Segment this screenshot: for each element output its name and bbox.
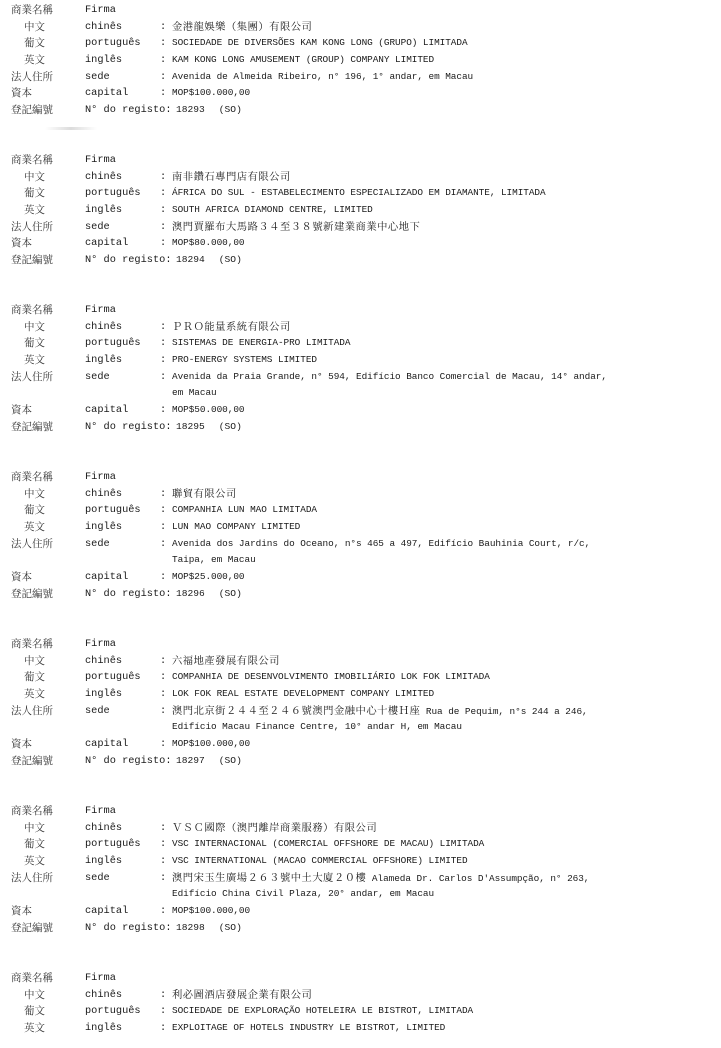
registration-suffix: (SO) bbox=[219, 421, 242, 432]
portugues-pt-label: português bbox=[85, 502, 141, 519]
colon: : bbox=[160, 319, 166, 336]
portugues-row: 葡文 português : COMPANHIA DE DESENVOLVIME… bbox=[0, 669, 721, 686]
sede-zh-label: 法人住所 bbox=[11, 870, 53, 887]
sede-row: 法人住所 sede : 澳門北京街２４４至２４６號澳門金融中心十樓Ｈ座 Rua … bbox=[0, 703, 721, 720]
portugues-pt-label: português bbox=[85, 185, 141, 202]
chines-pt-label: chinês bbox=[85, 486, 122, 503]
chines-zh-label: 中文 bbox=[24, 820, 45, 837]
ingles-row: 英文 inglês : LUN MAO COMPANY LIMITED bbox=[0, 519, 721, 536]
colon: : bbox=[160, 502, 166, 519]
registered-address-line2: Edifício Macau Finance Centre, 10° andar… bbox=[172, 719, 462, 736]
portugues-row: 葡文 português : COMPANHIA LUN MAO LIMITAD… bbox=[0, 502, 721, 519]
registo-row: 登記編號 N° do registo: 18297(SO) bbox=[0, 753, 721, 770]
colon: : bbox=[160, 402, 166, 419]
registration-suffix: (SO) bbox=[219, 104, 242, 115]
ingles-row: 英文 inglês : KAM KONG LONG AMUSEMENT (GRO… bbox=[0, 52, 721, 69]
colon: : bbox=[160, 536, 166, 553]
ingles-pt-label: inglês bbox=[85, 352, 122, 369]
chines-row: 中文 chinês : 利必圖酒店發展企業有限公司 bbox=[0, 987, 721, 1004]
portuguese-name: SISTEMAS DE ENERGIA-PRO LIMITADA bbox=[172, 335, 350, 352]
portugues-zh-label: 葡文 bbox=[24, 502, 45, 519]
registo-zh-label: 登記編號 bbox=[11, 419, 53, 436]
chinese-name: ＰＲＯ能量系統有限公司 bbox=[172, 319, 291, 336]
chinese-name: 聯貿有限公司 bbox=[172, 486, 237, 503]
sede-continuation-row: Taipa, em Macau bbox=[0, 552, 721, 569]
portugues-row: 葡文 português : ÁFRICA DO SUL - ESTABELEC… bbox=[0, 185, 721, 202]
firma-pt-label: Firma bbox=[85, 970, 116, 987]
portugues-pt-label: português bbox=[85, 35, 141, 52]
registo-zh-label: 登記編號 bbox=[11, 920, 53, 937]
registo-row: 登記編號 N° do registo: 18295(SO) bbox=[0, 419, 721, 436]
firma-zh-label: 商業名稱 bbox=[11, 803, 53, 820]
chines-pt-label: chinês bbox=[85, 653, 122, 670]
colon: : bbox=[160, 352, 166, 369]
chines-row: 中文 chinês : 聯貿有限公司 bbox=[0, 486, 721, 503]
chinese-name: 金港龍娛樂（集團）有限公司 bbox=[172, 19, 312, 36]
sede-pt-label: sede bbox=[85, 536, 110, 553]
chines-zh-label: 中文 bbox=[24, 169, 45, 186]
registration-number-value: 18294 bbox=[176, 254, 205, 265]
firma-zh-label: 商業名稱 bbox=[11, 2, 53, 19]
portugues-zh-label: 葡文 bbox=[24, 669, 45, 686]
registration-suffix: (SO) bbox=[219, 755, 242, 766]
registered-address-line2: Taipa, em Macau bbox=[172, 552, 256, 569]
ingles-pt-label: inglês bbox=[85, 853, 122, 870]
firma-pt-label: Firma bbox=[85, 636, 116, 653]
ingles-zh-label: 英文 bbox=[24, 686, 45, 703]
colon: : bbox=[160, 653, 166, 670]
portugues-zh-label: 葡文 bbox=[24, 335, 45, 352]
colon: : bbox=[160, 219, 166, 236]
registo-zh-label: 登記編號 bbox=[11, 753, 53, 770]
ingles-zh-label: 英文 bbox=[24, 519, 45, 536]
colon: : bbox=[160, 69, 166, 86]
colon: : bbox=[160, 736, 166, 753]
firma-zh-label: 商業名稱 bbox=[11, 469, 53, 486]
ingles-zh-label: 英文 bbox=[24, 853, 45, 870]
registo-zh-label: 登記編號 bbox=[11, 586, 53, 603]
capital-pt-label: capital bbox=[85, 402, 128, 419]
ingles-row: 英文 inglês : SOUTH AFRICA DIAMOND CENTRE,… bbox=[0, 202, 721, 219]
colon: : bbox=[160, 52, 166, 69]
chines-zh-label: 中文 bbox=[24, 19, 45, 36]
company-entry-18297: 商業名稱 Firma 中文 chinês : 六福地產發展有限公司 葡文 por… bbox=[0, 636, 721, 770]
capital-amount: MOP$25.000,00 bbox=[172, 569, 245, 586]
registration-number: 18294(SO) bbox=[176, 252, 242, 269]
colon: : bbox=[160, 169, 166, 186]
colon: : bbox=[160, 853, 166, 870]
capital-zh-label: 資本 bbox=[11, 736, 32, 753]
colon: : bbox=[160, 335, 166, 352]
english-name: SOUTH AFRICA DIAMOND CENTRE, LIMITED bbox=[172, 202, 373, 219]
registration-number-value: 18296 bbox=[176, 588, 205, 599]
capital-row: 資本 capital : MOP$25.000,00 bbox=[0, 569, 721, 586]
address-portuguese-part: Alameda Dr. Carlos D'Assumpção, n° 263, bbox=[366, 873, 589, 884]
capital-amount: MOP$50.000,00 bbox=[172, 402, 245, 419]
portugues-pt-label: português bbox=[85, 669, 141, 686]
capital-row: 資本 capital : MOP$100.000,00 bbox=[0, 85, 721, 102]
registo-row: 登記編號 N° do registo: 18293(SO) bbox=[0, 102, 721, 119]
sede-zh-label: 法人住所 bbox=[11, 703, 53, 720]
firma-row: 商業名稱 Firma bbox=[0, 2, 721, 19]
colon: : bbox=[160, 235, 166, 252]
ingles-zh-label: 英文 bbox=[24, 52, 45, 69]
chines-row: 中文 chinês : ＶＳＣ國際（澳門離岸商業服務）有限公司 bbox=[0, 820, 721, 837]
portugues-pt-label: português bbox=[85, 836, 141, 853]
capital-zh-label: 資本 bbox=[11, 85, 32, 102]
firma-zh-label: 商業名稱 bbox=[11, 152, 53, 169]
portugues-row: 葡文 português : VSC INTERNACIONAL (COMERC… bbox=[0, 836, 721, 853]
ingles-pt-label: inglês bbox=[85, 686, 122, 703]
registration-number-value: 18293 bbox=[176, 104, 205, 115]
firma-zh-label: 商業名稱 bbox=[11, 970, 53, 987]
registo-pt-label: N° do registo: bbox=[85, 753, 172, 770]
address-portuguese-part: Rua de Pequim, n°s 244 a 246, bbox=[420, 706, 587, 717]
registration-suffix: (SO) bbox=[219, 922, 242, 933]
sede-zh-label: 法人住所 bbox=[11, 536, 53, 553]
registration-number: 18298(SO) bbox=[176, 920, 242, 937]
portugues-row: 葡文 português : SISTEMAS DE ENERGIA-PRO L… bbox=[0, 335, 721, 352]
portugues-row: 葡文 português : SOCIEDADE DE EXPLORAÇÃO H… bbox=[0, 1003, 721, 1020]
company-entry-18298: 商業名稱 Firma 中文 chinês : ＶＳＣ國際（澳門離岸商業服務）有限… bbox=[0, 803, 721, 937]
firma-row: 商業名稱 Firma bbox=[0, 636, 721, 653]
chines-row: 中文 chinês : 六福地產發展有限公司 bbox=[0, 653, 721, 670]
sede-pt-label: sede bbox=[85, 69, 110, 86]
capital-pt-label: capital bbox=[85, 235, 128, 252]
firma-pt-label: Firma bbox=[85, 302, 116, 319]
capital-pt-label: capital bbox=[85, 85, 128, 102]
ingles-zh-label: 英文 bbox=[24, 352, 45, 369]
ingles-row: 英文 inglês : LOK FOK REAL ESTATE DEVELOPM… bbox=[0, 686, 721, 703]
chines-zh-label: 中文 bbox=[24, 987, 45, 1004]
portuguese-name: VSC INTERNACIONAL (COMERCIAL OFFSHORE DE… bbox=[172, 836, 484, 853]
capital-amount: MOP$80.000,00 bbox=[172, 235, 245, 252]
firma-pt-label: Firma bbox=[85, 2, 116, 19]
colon: : bbox=[160, 820, 166, 837]
company-entry-partial: 商業名稱 Firma 中文 chinês : 利必圖酒店發展企業有限公司 葡文 … bbox=[0, 970, 721, 1037]
registration-number-value: 18298 bbox=[176, 922, 205, 933]
ingles-pt-label: inglês bbox=[85, 52, 122, 69]
ingles-row: 英文 inglês : EXPLOITAGE OF HOTELS INDUSTR… bbox=[0, 1020, 721, 1037]
registo-pt-label: N° do registo: bbox=[85, 586, 172, 603]
capital-amount: MOP$100.000,00 bbox=[172, 903, 250, 920]
chines-row: 中文 chinês : 南非鑽石專門店有限公司 bbox=[0, 169, 721, 186]
firma-zh-label: 商業名稱 bbox=[11, 636, 53, 653]
colon: : bbox=[160, 85, 166, 102]
colon: : bbox=[160, 202, 166, 219]
english-name: LUN MAO COMPANY LIMITED bbox=[172, 519, 300, 536]
colon: : bbox=[160, 870, 166, 887]
chines-pt-label: chinês bbox=[85, 319, 122, 336]
ingles-pt-label: inglês bbox=[85, 202, 122, 219]
chinese-name: 利必圖酒店發展企業有限公司 bbox=[172, 987, 312, 1004]
registration-number-value: 18295 bbox=[176, 421, 205, 432]
firma-pt-label: Firma bbox=[85, 803, 116, 820]
registo-zh-label: 登記編號 bbox=[11, 102, 53, 119]
colon: : bbox=[160, 987, 166, 1004]
chines-pt-label: chinês bbox=[85, 987, 122, 1004]
capital-zh-label: 資本 bbox=[11, 402, 32, 419]
chinese-name: 六福地產發展有限公司 bbox=[172, 653, 280, 670]
registo-pt-label: N° do registo: bbox=[85, 920, 172, 937]
firma-row: 商業名稱 Firma bbox=[0, 152, 721, 169]
address-chinese-part: 澳門宋玉生廣場２６３號中土大廈２０樓 bbox=[172, 872, 366, 884]
english-name: LOK FOK REAL ESTATE DEVELOPMENT COMPANY … bbox=[172, 686, 434, 703]
capital-row: 資本 capital : MOP$80.000,00 bbox=[0, 235, 721, 252]
portugues-zh-label: 葡文 bbox=[24, 1003, 45, 1020]
firma-pt-label: Firma bbox=[85, 152, 116, 169]
ingles-pt-label: inglês bbox=[85, 519, 122, 536]
sede-zh-label: 法人住所 bbox=[11, 69, 53, 86]
capital-row: 資本 capital : MOP$50.000,00 bbox=[0, 402, 721, 419]
colon: : bbox=[160, 1003, 166, 1020]
colon: : bbox=[160, 519, 166, 536]
registo-row: 登記編號 N° do registo: 18298(SO) bbox=[0, 920, 721, 937]
portugues-zh-label: 葡文 bbox=[24, 35, 45, 52]
colon: : bbox=[160, 1020, 166, 1037]
chines-row: 中文 chinês : ＰＲＯ能量系統有限公司 bbox=[0, 319, 721, 336]
ingles-zh-label: 英文 bbox=[24, 1020, 45, 1037]
sede-pt-label: sede bbox=[85, 870, 110, 887]
sede-continuation-row: Edifício Macau Finance Centre, 10° andar… bbox=[0, 719, 721, 736]
company-entry-18295: 商業名稱 Firma 中文 chinês : ＰＲＯ能量系統有限公司 葡文 po… bbox=[0, 302, 721, 436]
firma-row: 商業名稱 Firma bbox=[0, 302, 721, 319]
company-entry-18294: 商業名稱 Firma 中文 chinês : 南非鑽石專門店有限公司 葡文 po… bbox=[0, 152, 721, 269]
sede-pt-label: sede bbox=[85, 703, 110, 720]
colon: : bbox=[160, 569, 166, 586]
registered-address-line1: Avenida dos Jardins do Oceano, n°s 465 a… bbox=[172, 536, 590, 553]
registered-address-line2: em Macau bbox=[172, 385, 217, 402]
firma-row: 商業名稱 Firma bbox=[0, 803, 721, 820]
chines-zh-label: 中文 bbox=[24, 653, 45, 670]
registration-number: 18297(SO) bbox=[176, 753, 242, 770]
chines-pt-label: chinês bbox=[85, 19, 122, 36]
sede-pt-label: sede bbox=[85, 219, 110, 236]
english-name: EXPLOITAGE OF HOTELS INDUSTRY LE BISTROT… bbox=[172, 1020, 445, 1037]
firma-pt-label: Firma bbox=[85, 469, 116, 486]
registered-address: Avenida de Almeida Ribeiro, n° 196, 1° a… bbox=[172, 69, 473, 86]
colon: : bbox=[160, 486, 166, 503]
portuguese-name: COMPANHIA DE DESENVOLVIMENTO IMOBILIÁRIO… bbox=[172, 669, 490, 686]
ingles-pt-label: inglês bbox=[85, 1020, 122, 1037]
colon: : bbox=[160, 836, 166, 853]
capital-zh-label: 資本 bbox=[11, 235, 32, 252]
colon: : bbox=[160, 185, 166, 202]
colon: : bbox=[160, 669, 166, 686]
portugues-row: 葡文 português : SOCIEDADE DE DIVERSÕES KA… bbox=[0, 35, 721, 52]
capital-amount: MOP$100.000,00 bbox=[172, 85, 250, 102]
chines-zh-label: 中文 bbox=[24, 486, 45, 503]
colon: : bbox=[160, 686, 166, 703]
sede-zh-label: 法人住所 bbox=[11, 369, 53, 386]
registration-suffix: (SO) bbox=[219, 254, 242, 265]
sede-row: 法人住所 sede : Avenida de Almeida Ribeiro, … bbox=[0, 69, 721, 86]
capital-amount: MOP$100.000,00 bbox=[172, 736, 250, 753]
ingles-zh-label: 英文 bbox=[24, 202, 45, 219]
registo-row: 登記編號 N° do registo: 18294(SO) bbox=[0, 252, 721, 269]
sede-row: 法人住所 sede : Avenida dos Jardins do Ocean… bbox=[0, 536, 721, 553]
sede-continuation-row: Edifício China Civil Plaza, 20° andar, e… bbox=[0, 886, 721, 903]
registered-address: 澳門賈羅布大馬路３４至３８號新建業商業中心地下 bbox=[172, 219, 420, 236]
capital-pt-label: capital bbox=[85, 569, 128, 586]
registration-number-value: 18297 bbox=[176, 755, 205, 766]
portugues-zh-label: 葡文 bbox=[24, 185, 45, 202]
portugues-zh-label: 葡文 bbox=[24, 836, 45, 853]
portuguese-name: COMPANHIA LUN MAO LIMITADA bbox=[172, 502, 317, 519]
sede-row: 法人住所 sede : 澳門賈羅布大馬路３４至３８號新建業商業中心地下 bbox=[0, 219, 721, 236]
capital-row: 資本 capital : MOP$100.000,00 bbox=[0, 903, 721, 920]
chines-pt-label: chinês bbox=[85, 169, 122, 186]
colon: : bbox=[160, 35, 166, 52]
colon: : bbox=[160, 903, 166, 920]
english-name: VSC INTERNATIONAL (MACAO COMMERCIAL OFFS… bbox=[172, 853, 468, 870]
chines-zh-label: 中文 bbox=[24, 319, 45, 336]
company-entry-18293: 商業名稱 Firma 中文 chinês : 金港龍娛樂（集團）有限公司 葡文 … bbox=[0, 2, 721, 119]
registo-pt-label: N° do registo: bbox=[85, 419, 172, 436]
registry-page: 商業名稱 Firma 中文 chinês : 金港龍娛樂（集團）有限公司 葡文 … bbox=[0, 0, 721, 1048]
registered-address-line1: Avenida da Praia Grande, n° 594, Edifíci… bbox=[172, 369, 607, 386]
sede-pt-label: sede bbox=[85, 369, 110, 386]
capital-zh-label: 資本 bbox=[11, 903, 32, 920]
sede-row: 法人住所 sede : 澳門宋玉生廣場２６３號中土大廈２０樓 Alameda D… bbox=[0, 870, 721, 887]
english-name: PRO-ENERGY SYSTEMS LIMITED bbox=[172, 352, 317, 369]
capital-zh-label: 資本 bbox=[11, 569, 32, 586]
registo-zh-label: 登記編號 bbox=[11, 252, 53, 269]
sede-zh-label: 法人住所 bbox=[11, 219, 53, 236]
registered-address-line1: 澳門北京街２４４至２４６號澳門金融中心十樓Ｈ座 Rua de Pequim, n… bbox=[172, 703, 588, 721]
colon: : bbox=[160, 703, 166, 720]
colon: : bbox=[160, 369, 166, 386]
registration-number: 18296(SO) bbox=[176, 586, 242, 603]
capital-pt-label: capital bbox=[85, 903, 128, 920]
colon: : bbox=[160, 19, 166, 36]
registered-address-line2: Edifício China Civil Plaza, 20° andar, e… bbox=[172, 886, 434, 903]
portugues-pt-label: português bbox=[85, 1003, 141, 1020]
scan-smudge bbox=[45, 127, 97, 130]
company-entry-18296: 商業名稱 Firma 中文 chinês : 聯貿有限公司 葡文 portugu… bbox=[0, 469, 721, 603]
firma-zh-label: 商業名稱 bbox=[11, 302, 53, 319]
chinese-name: ＶＳＣ國際（澳門離岸商業服務）有限公司 bbox=[172, 820, 377, 837]
registo-pt-label: N° do registo: bbox=[85, 102, 172, 119]
portuguese-name: ÁFRICA DO SUL - ESTABELECIMENTO ESPECIAL… bbox=[172, 185, 546, 202]
chines-pt-label: chinês bbox=[85, 820, 122, 837]
firma-row: 商業名稱 Firma bbox=[0, 469, 721, 486]
sede-continuation-row: em Macau bbox=[0, 385, 721, 402]
registration-number: 18293(SO) bbox=[176, 102, 242, 119]
sede-row: 法人住所 sede : Avenida da Praia Grande, n° … bbox=[0, 369, 721, 386]
portugues-pt-label: português bbox=[85, 335, 141, 352]
registo-row: 登記編號 N° do registo: 18296(SO) bbox=[0, 586, 721, 603]
registo-pt-label: N° do registo: bbox=[85, 252, 172, 269]
capital-row: 資本 capital : MOP$100.000,00 bbox=[0, 736, 721, 753]
capital-pt-label: capital bbox=[85, 736, 128, 753]
ingles-row: 英文 inglês : PRO-ENERGY SYSTEMS LIMITED bbox=[0, 352, 721, 369]
ingles-row: 英文 inglês : VSC INTERNATIONAL (MACAO COM… bbox=[0, 853, 721, 870]
registration-suffix: (SO) bbox=[219, 588, 242, 599]
firma-row: 商業名稱 Firma bbox=[0, 970, 721, 987]
chinese-name: 南非鑽石專門店有限公司 bbox=[172, 169, 291, 186]
registered-address-line1: 澳門宋玉生廣場２６３號中土大廈２０樓 Alameda Dr. Carlos D'… bbox=[172, 870, 589, 888]
portuguese-name: SOCIEDADE DE DIVERSÕES KAM KONG LONG (GR… bbox=[172, 35, 468, 52]
chines-row: 中文 chinês : 金港龍娛樂（集團）有限公司 bbox=[0, 19, 721, 36]
address-chinese-part: 澳門北京街２４４至２４６號澳門金融中心十樓Ｈ座 bbox=[172, 705, 420, 717]
registration-number: 18295(SO) bbox=[176, 419, 242, 436]
portuguese-name: SOCIEDADE DE EXPLORAÇÃO HOTELEIRA LE BIS… bbox=[172, 1003, 473, 1020]
english-name: KAM KONG LONG AMUSEMENT (GROUP) COMPANY … bbox=[172, 52, 434, 69]
